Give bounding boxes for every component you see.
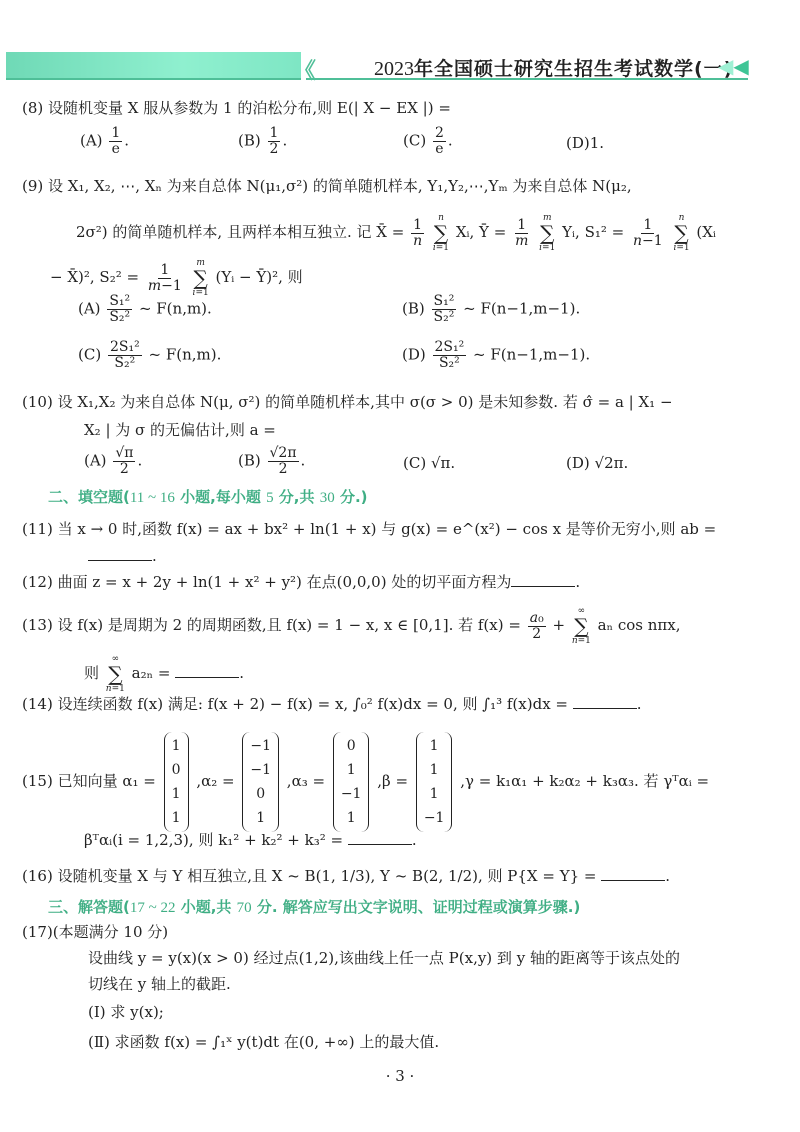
question-11: (11) 当 x → 0 时,函数 f(x) = ax + bx² + ln(1… <box>22 519 716 539</box>
text: − X̄)², S₂² = <box>50 268 139 286</box>
question-text: 曲面 z = x + 2y + ln(1 + x² + y²) 在点(0,0,0… <box>58 573 512 591</box>
option-label: (B) <box>238 132 261 150</box>
vector-entry: 0 <box>256 782 265 806</box>
option-d: (D) 2S₁²S₂² ~ F(n−1,m−1). <box>402 340 590 371</box>
option-value: √π. <box>431 454 455 472</box>
numerator: 1 <box>158 263 171 279</box>
option-c: (C) 2e. <box>403 126 453 157</box>
sum-symbol: ∞∑n=1 <box>106 654 125 694</box>
vector-alpha3: 01−11 <box>333 732 370 832</box>
section-title: 三、解答题( <box>48 898 130 916</box>
vector-alpha1: 1011 <box>164 732 189 832</box>
vector-entry: 1 <box>172 782 181 806</box>
vector-name: α₁ = <box>122 772 155 790</box>
option-b: (B) S₁²S₂² ~ F(n−1,m−1). <box>402 294 580 325</box>
option-b: (B) 12. <box>238 126 287 157</box>
vector-name: ,α₃ = <box>287 772 325 790</box>
option-c: (C) √π. <box>403 454 455 472</box>
suffix: . <box>124 132 129 150</box>
denominator: e <box>110 142 122 157</box>
suffix: . <box>282 132 287 150</box>
question-number: (14) <box>22 695 53 713</box>
text: (Xᵢ <box>696 223 716 241</box>
question-17-part2: (Ⅱ) 求函数 f(x) = ∫₁ˣ y(t)dt 在(0, +∞) 上的最大值… <box>88 1032 439 1052</box>
vector-entry: 1 <box>347 758 356 782</box>
question-13-line2: 则 ∞∑n=1 a₂ₙ = . <box>84 654 244 694</box>
question-number: (17) <box>22 923 53 941</box>
numerator: S₁² <box>107 294 132 310</box>
denominator: S₂² <box>437 356 462 371</box>
option-label: (A) <box>84 452 107 470</box>
option-label: (A) <box>78 300 101 318</box>
question-text: 已知向量 <box>58 772 118 790</box>
question-number: (8) <box>22 99 43 117</box>
sum-symbol: m∑i=1 <box>193 258 209 298</box>
vector-name: ,β = <box>377 772 408 790</box>
question-text: 切线在 y 轴上的截距. <box>88 975 231 993</box>
text: (Yᵢ − Ȳ)², 则 <box>216 268 303 286</box>
header-title-text: 年全国硕士研究生招生考试数学(一) <box>414 58 733 80</box>
question-17-line2: 切线在 y 轴上的截距. <box>88 974 231 994</box>
question-text: aₙ cos nπx, <box>598 616 681 634</box>
option-a: (A) 1e. <box>80 126 129 157</box>
section-title: 二、填空题( <box>48 488 130 506</box>
section-heading-fill-in: 二、填空题(11 ~ 16 小题,每小题 5 分,共 30 分.) <box>48 486 368 507</box>
option-label: (A) <box>80 132 103 150</box>
numerator: 1 <box>641 218 654 234</box>
numerator: 2 <box>433 126 446 142</box>
fraction: 2S₁²S₂² <box>108 340 142 371</box>
section-total: 70 <box>237 900 252 916</box>
question-number: (15) <box>22 772 53 790</box>
vector-entry: 1 <box>430 758 439 782</box>
text: Xᵢ, Ȳ = <box>456 223 506 241</box>
section-range: 17 ~ 22 <box>130 900 176 916</box>
exam-page: 《 2023年全国硕士研究生招生考试数学(一) ◀◀ (8) 设随机变量 X 服… <box>0 0 800 1132</box>
option-label: (B) <box>402 300 425 318</box>
option-text: ~ F(n,m). <box>139 300 212 318</box>
vector-entry: 1 <box>172 806 181 830</box>
option-text: ~ F(n−1,m−1). <box>463 300 580 318</box>
answer-blank[interactable] <box>511 574 575 587</box>
question-number: (13) <box>22 616 53 634</box>
answer-blank[interactable] <box>573 696 637 709</box>
fraction: √π2 <box>113 446 135 477</box>
fraction: S₁²S₂² <box>107 294 132 325</box>
text: . <box>575 573 580 591</box>
question-text: 设曲线 y = y(x)(x > 0) 经过点(1,2),该曲线上任一点 P(x… <box>88 949 680 967</box>
denominator: m−1 <box>146 279 184 294</box>
option-label: (C) <box>403 454 426 472</box>
question-text: 设 f(x) 是周期为 2 的周期函数,且 f(x) = 1 − x, x ∈ … <box>58 616 521 634</box>
question-number: (12) <box>22 573 53 591</box>
question-17: (17)(本题满分 10 分) <box>22 922 168 942</box>
option-text: ~ F(n,m). <box>148 346 221 364</box>
section-text: 分. 解答应写出文字说明、证明过程或演算步骤.) <box>252 898 581 916</box>
section-total: 30 <box>320 490 335 506</box>
numerator: 1 <box>411 218 424 234</box>
fraction: 12 <box>268 126 281 157</box>
answer-blank[interactable] <box>175 665 239 678</box>
question-17-part1: (Ⅰ) 求 y(x); <box>88 1002 164 1022</box>
question-score: (本题满分 10 分) <box>53 923 168 941</box>
fraction: √2π2 <box>268 446 299 477</box>
vector-entry: −1 <box>424 806 445 830</box>
question-number: (11) <box>22 520 53 538</box>
header-title: 2023年全国硕士研究生招生考试数学(一) <box>374 54 733 81</box>
vector-entry: −1 <box>250 758 271 782</box>
vector-entry: 0 <box>347 734 356 758</box>
denominator: S₂² <box>107 310 132 325</box>
denominator: S₂² <box>112 356 137 371</box>
question-9-line3: − X̄)², S₂² = 1m−1 m∑i=1 (Yᵢ − Ȳ)², 则 <box>50 258 303 298</box>
denominator: n <box>411 234 424 249</box>
denominator: n−1 <box>631 234 665 249</box>
triangle-left-icon: ◀◀ <box>718 54 749 78</box>
numerator: √π <box>113 446 135 462</box>
question-text: ,γ = k₁α₁ + k₂α₂ + k₃α₃. 若 γᵀαᵢ = <box>460 772 709 790</box>
vector-entry: 1 <box>430 734 439 758</box>
page-number: · 3 · <box>0 1067 800 1085</box>
question-text: 设 X₁, X₂, ⋯, Xₙ 为来自总体 N(μ₁,σ²) 的简单随机样本, … <box>48 177 632 195</box>
section-text: 分.) <box>335 488 368 506</box>
text: . <box>239 664 244 682</box>
option-d: (D) √2π. <box>566 454 628 472</box>
chevron-left-icon: 《 <box>294 54 310 85</box>
vector-entry: 1 <box>256 806 265 830</box>
question-15: (15) 已知向量 α₁ = 1011 ,α₂ = −1−101 ,α₃ = 0… <box>22 732 709 832</box>
numerator: 1 <box>515 218 528 234</box>
fraction: 1e <box>109 126 122 157</box>
suffix: . <box>448 132 453 150</box>
numerator: 1 <box>109 126 122 142</box>
option-label: (D) <box>566 454 590 472</box>
text: 则 <box>84 664 99 682</box>
option-c: (C) 2S₁²S₂² ~ F(n,m). <box>78 340 221 371</box>
denominator: e <box>433 142 445 157</box>
fraction: 1n−1 <box>631 218 665 249</box>
vector-entry: 1 <box>430 782 439 806</box>
denominator: 2 <box>277 462 290 477</box>
option-d: (D)1. <box>566 134 604 152</box>
denominator: 2 <box>118 462 131 477</box>
sum-symbol: n∑i=1 <box>673 213 689 253</box>
question-text: 当 x → 0 时,函数 f(x) = ax + bx² + ln(1 + x)… <box>58 520 717 538</box>
answer-blank[interactable] <box>88 548 152 561</box>
denominator: 2 <box>530 627 543 642</box>
option-label: (C) <box>78 346 101 364</box>
question-text: βᵀαᵢ(i = 1,2,3), 则 k₁² + k₂² + k₃² = <box>84 831 343 849</box>
question-number: (10) <box>22 393 53 411</box>
fraction: a₀2 <box>528 611 546 642</box>
fraction: S₁²S₂² <box>432 294 457 325</box>
numerator: 2S₁² <box>433 340 467 356</box>
denominator: 2 <box>268 142 281 157</box>
vector-entry: 1 <box>347 806 356 830</box>
suffix: . <box>301 452 306 470</box>
question-10: (10) 设 X₁,X₂ 为来自总体 N(μ, σ²) 的简单随机样本,其中 σ… <box>22 392 673 412</box>
question-14: (14) 设连续函数 f(x) 满足: f(x + 2) − f(x) = x,… <box>22 694 642 714</box>
text: . <box>412 831 417 849</box>
section-range: 11 ~ 16 <box>130 490 175 506</box>
question-12: (12) 曲面 z = x + 2y + ln(1 + x² + y²) 在点(… <box>22 572 580 592</box>
section-text: 分,共 <box>274 488 320 506</box>
question-number: (16) <box>22 867 53 885</box>
question-text: 设随机变量 X 服从参数为 1 的泊松分布,则 E(| X − EX |) = <box>48 99 451 117</box>
numerator: 1 <box>268 126 281 142</box>
question-part: (Ⅰ) 求 y(x); <box>88 1003 164 1021</box>
vector-name: ,α₂ = <box>196 772 234 790</box>
text: 2σ²) 的简单随机样本, 且两样本相互独立. 记 X̄ = <box>76 223 404 241</box>
fraction: 1m−1 <box>146 263 184 294</box>
question-16: (16) 设随机变量 X 与 Y 相互独立,且 X ~ B(1, 1/3), Y… <box>22 866 670 886</box>
question-11-line2: . <box>88 546 157 566</box>
fraction: 2S₁²S₂² <box>433 340 467 371</box>
numerator: √2π <box>268 446 299 462</box>
question-text: 设 X₁,X₂ 为来自总体 N(μ, σ²) 的简单随机样本,其中 σ(σ > … <box>58 393 673 411</box>
question-13: (13) 设 f(x) 是周期为 2 的周期函数,且 f(x) = 1 − x,… <box>22 606 681 646</box>
text: . <box>637 695 642 713</box>
question-number: (9) <box>22 177 43 195</box>
numerator: 2S₁² <box>108 340 142 356</box>
fraction: 1m <box>513 218 530 249</box>
answer-blank[interactable] <box>348 832 412 845</box>
fraction: 2e <box>433 126 446 157</box>
option-label: (D) <box>566 134 590 152</box>
header-year: 2023 <box>374 58 414 80</box>
option-label: (D) <box>402 346 426 364</box>
question-9-line2: 2σ²) 的简单随机样本, 且两样本相互独立. 记 X̄ = 1n n∑i=1 … <box>76 213 716 253</box>
question-9: (9) 设 X₁, X₂, ⋯, Xₙ 为来自总体 N(μ₁,σ²) 的简单随机… <box>22 176 632 196</box>
section-text: 小题,共 <box>175 898 236 916</box>
denominator: m <box>513 234 530 249</box>
suffix: . <box>137 452 142 470</box>
option-label: (C) <box>403 132 426 150</box>
sum-symbol: ∞∑n=1 <box>572 606 591 646</box>
vector-entry: −1 <box>341 782 362 806</box>
question-8: (8) 设随机变量 X 服从参数为 1 的泊松分布,则 E(| X − EX |… <box>22 98 451 118</box>
question-text: 设连续函数 f(x) 满足: f(x + 2) − f(x) = x, ∫₀² … <box>58 695 568 713</box>
numerator: S₁² <box>432 294 457 310</box>
sum-symbol: m∑i=1 <box>539 213 555 253</box>
denominator: S₂² <box>432 310 457 325</box>
text: Yᵢ, S₁² = <box>562 223 624 241</box>
text: . <box>152 547 157 565</box>
question-17-line1: 设曲线 y = y(x)(x > 0) 经过点(1,2),该曲线上任一点 P(x… <box>88 948 680 968</box>
option-a: (A) √π2. <box>84 446 142 477</box>
text: a₂ₙ = <box>132 664 171 682</box>
answer-blank[interactable] <box>601 868 665 881</box>
option-b: (B) √2π2. <box>238 446 305 477</box>
page-header: 《 2023年全国硕士研究生招生考试数学(一) ◀◀ <box>6 52 748 82</box>
option-text: ~ F(n−1,m−1). <box>473 346 590 364</box>
question-part: (Ⅱ) 求函数 f(x) = ∫₁ˣ y(t)dt 在(0, +∞) 上的最大值… <box>88 1033 439 1051</box>
option-a: (A) S₁²S₂² ~ F(n,m). <box>78 294 212 325</box>
question-10-line2: X₂ | 为 σ 的无偏估计,则 a = <box>84 420 276 440</box>
vector-entry: −1 <box>250 734 271 758</box>
question-15-line2: βᵀαᵢ(i = 1,2,3), 则 k₁² + k₂² + k₃² = . <box>84 830 417 850</box>
question-text: 设随机变量 X 与 Y 相互独立,且 X ~ B(1, 1/3), Y ~ B(… <box>58 867 597 885</box>
fraction: 1n <box>411 218 424 249</box>
section-heading-solutions: 三、解答题(17 ~ 22 小题,共 70 分. 解答应写出文字说明、证明过程或… <box>48 896 580 917</box>
option-label: (B) <box>238 452 261 470</box>
section-points: 5 <box>266 490 274 506</box>
question-text: X₂ | 为 σ 的无偏估计,则 a = <box>84 421 276 439</box>
vector-beta: 111−1 <box>416 732 453 832</box>
numerator: a₀ <box>528 611 546 627</box>
text: . <box>665 867 670 885</box>
vector-entry: 0 <box>172 758 181 782</box>
sum-symbol: n∑i=1 <box>433 213 449 253</box>
section-text: 小题,每小题 <box>175 488 266 506</box>
header-band <box>6 52 301 80</box>
vector-entry: 1 <box>172 734 181 758</box>
option-value: √2π. <box>595 454 629 472</box>
vector-alpha2: −1−101 <box>242 732 279 832</box>
option-value: 1. <box>590 134 604 152</box>
